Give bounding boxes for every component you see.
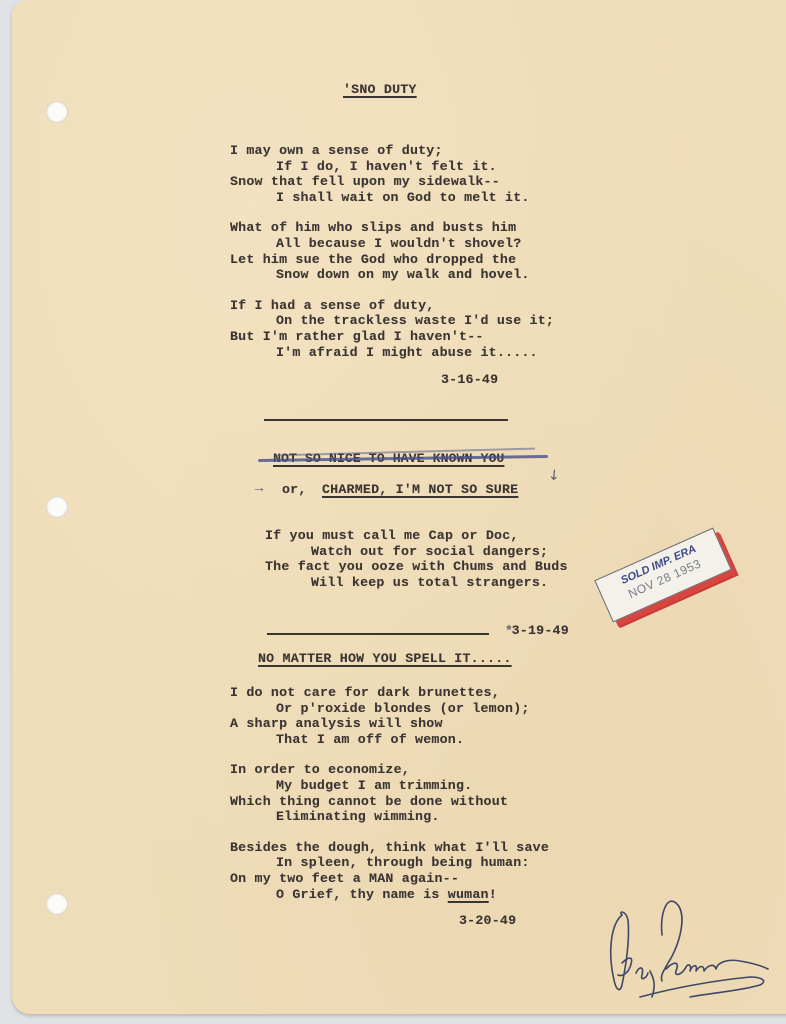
poem-line: In spleen, through being human: <box>230 855 549 871</box>
poem-line: I shall wait on God to melt it. <box>230 190 554 206</box>
poem-line: If you must call me Cap or Doc, <box>265 528 568 544</box>
poem-line: Or p'roxide blondes (or lemon); <box>230 701 549 717</box>
stanza: I may own a sense of duty;If I do, I hav… <box>230 143 554 205</box>
poem-line: O Grief, thy name is wuman! <box>230 887 549 903</box>
pencil-arrow-left-icon: → <box>252 479 266 495</box>
section-divider-2 <box>267 633 489 635</box>
poem-line: On my two feet a MAN again-- <box>230 871 549 887</box>
poem3-title: NO MATTER HOW YOU SPELL IT..... <box>258 651 512 667</box>
asterisk-mark-icon: * <box>506 622 511 637</box>
poem3-date: 3-20-49 <box>459 913 516 929</box>
stanza: I do not care for dark brunettes,Or p'ro… <box>230 685 549 747</box>
poem-line: On the trackless waste I'd use it; <box>230 313 554 329</box>
poem-line: Eliminating wimming. <box>230 809 549 825</box>
handwritten-signature <box>600 885 780 1015</box>
poem-line: I do not care for dark brunettes, <box>230 685 549 701</box>
poem-line: In order to economize, <box>230 762 549 778</box>
underlined-word: wuman <box>448 887 489 902</box>
poem2-date-text: 3-19-49 <box>512 623 569 638</box>
stanza: What of him who slips and busts himAll b… <box>230 220 554 282</box>
poem-line: Snow that fell upon my sidewalk-- <box>230 174 554 190</box>
poem-line: If I do, I haven't felt it. <box>230 159 554 175</box>
poem-line: I may own a sense of duty; <box>230 143 554 159</box>
poem-line: I'm afraid I might abuse it..... <box>230 345 554 361</box>
poem-line: The fact you ooze with Chums and Buds <box>265 559 568 575</box>
poem1-body: I may own a sense of duty;If I do, I hav… <box>230 143 554 375</box>
poem-line: That I am off of wemon. <box>230 732 549 748</box>
poem2-subtitle: CHARMED, I'M NOT SO SURE <box>322 482 518 498</box>
poem-line: All because I wouldn't shovel? <box>230 236 554 252</box>
poem-line: Let him sue the God who dropped the <box>230 252 554 268</box>
poem3-body: I do not care for dark brunettes,Or p'ro… <box>230 685 549 917</box>
poem-line: Will keep us total strangers. <box>265 575 568 591</box>
poem2-date: *3-19-49 <box>490 606 569 638</box>
poem2-body: If you must call me Cap or Doc,Watch out… <box>265 528 568 605</box>
poem-line: A sharp analysis will show <box>230 716 549 732</box>
binder-hole-bottom <box>46 893 68 915</box>
poem2-subtitle-prefix: or, <box>282 482 307 498</box>
poem-line: My budget I am trimming. <box>230 778 549 794</box>
poem1-title: 'SNO DUTY <box>343 82 417 98</box>
stanza: If you must call me Cap or Doc,Watch out… <box>265 528 568 590</box>
binder-hole-top <box>46 101 68 123</box>
poem-line: Watch out for social dangers; <box>265 544 568 560</box>
poem-line: Snow down on my walk and hovel. <box>230 267 554 283</box>
section-divider <box>264 419 508 421</box>
poem1-date: 3-16-49 <box>441 372 498 388</box>
poem-line: But I'm rather glad I haven't-- <box>230 329 554 345</box>
binder-hole-middle <box>46 496 68 518</box>
poem-line: Besides the dough, think what I'll save <box>230 840 549 856</box>
stanza: If I had a sense of duty,On the trackles… <box>230 298 554 360</box>
stanza: In order to economize,My budget I am tri… <box>230 762 549 824</box>
poem-line: What of him who slips and busts him <box>230 220 554 236</box>
stanza: Besides the dough, think what I'll saveI… <box>230 840 549 902</box>
poem-line: Which thing cannot be done without <box>230 794 549 810</box>
poem-line: If I had a sense of duty, <box>230 298 554 314</box>
